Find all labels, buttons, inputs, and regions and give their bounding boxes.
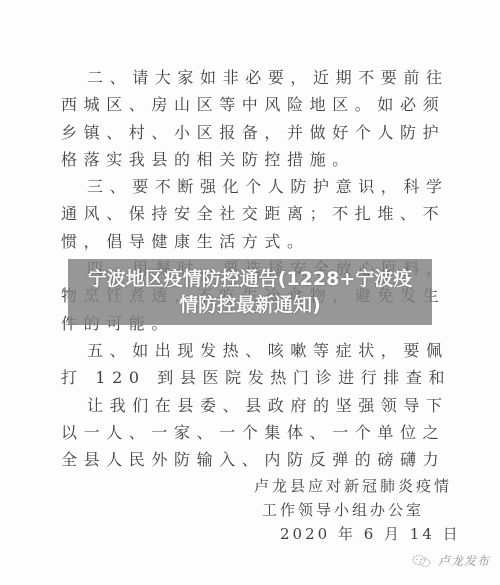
signature-org-line-2: 工作领导小组办公室 bbox=[200, 498, 400, 522]
watermark-text: 卢龙发布 bbox=[438, 552, 490, 569]
paragraph-2-line-2: 西城区、房山区等中风险地区。如必须前往，请务必提前向所在 bbox=[61, 91, 445, 118]
paragraph-6-line-3: 全县人民外防输入、内防反弹的磅礴力量。我们必胜！卢龙必胜！ bbox=[61, 446, 445, 473]
paragraph-3-line-3: 惯，倡导健康生活方式。 bbox=[61, 228, 445, 255]
paragraph-2-line-3: 乡镇、村、小区报备，并做好个人防护；从北京市返卢后，要严 bbox=[61, 119, 445, 146]
wechat-icon bbox=[412, 554, 432, 568]
paragraph-5-line-2: 打 120 到县医院发热门诊进行排查和诊疗。 bbox=[61, 364, 445, 391]
overlay-title: 宁波地区疫情防控通告(1228+宁波疫情防控最新通知) bbox=[80, 266, 420, 318]
paragraph-5-line-1: 五、如出现发热、咳嗽等症状，要佩戴一次性医用口罩，拨 bbox=[61, 337, 445, 364]
paragraph-3-line-1: 三、要不断强化个人防护意识，科学佩戴口罩，勤洗手、常 bbox=[61, 173, 445, 200]
document-page: 二、请大家如非必要，近期不要前往北京市，特别是丰台区、 西城区、房山区等中风险地… bbox=[0, 0, 500, 585]
paragraph-2-line-1: 二、请大家如非必要，近期不要前往北京市，特别是丰台区、 bbox=[61, 64, 445, 91]
signature-org-line-1: 卢龙县应对新冠肺炎疫情 bbox=[200, 474, 400, 498]
paragraph-6-line-1: 让我们在县委、县政府的坚强领导下，团结一心、携手并肩， bbox=[61, 392, 445, 419]
signature-date: 2020 年 6 月 14 日 bbox=[200, 522, 400, 546]
paragraph-6-line-2: 以一人、一家、一个集体、一个单位之努力，不断汇聚、凝聚起 bbox=[61, 419, 445, 446]
title-overlay: 宁波地区疫情防控通告(1228+宁波疫情防控最新通知) bbox=[68, 259, 432, 325]
paragraph-3-line-2: 通风、保持安全社交距离；不扎堆、不聚会，保持良好的卫生习 bbox=[61, 200, 445, 227]
paragraph-2-line-4: 格落实我县的相关防控措施。 bbox=[61, 146, 445, 173]
source-watermark: 卢龙发布 bbox=[412, 552, 490, 569]
signature-block: 卢龙县应对新冠肺炎疫情 工作领导小组办公室 2020 年 6 月 14 日 bbox=[200, 474, 400, 546]
